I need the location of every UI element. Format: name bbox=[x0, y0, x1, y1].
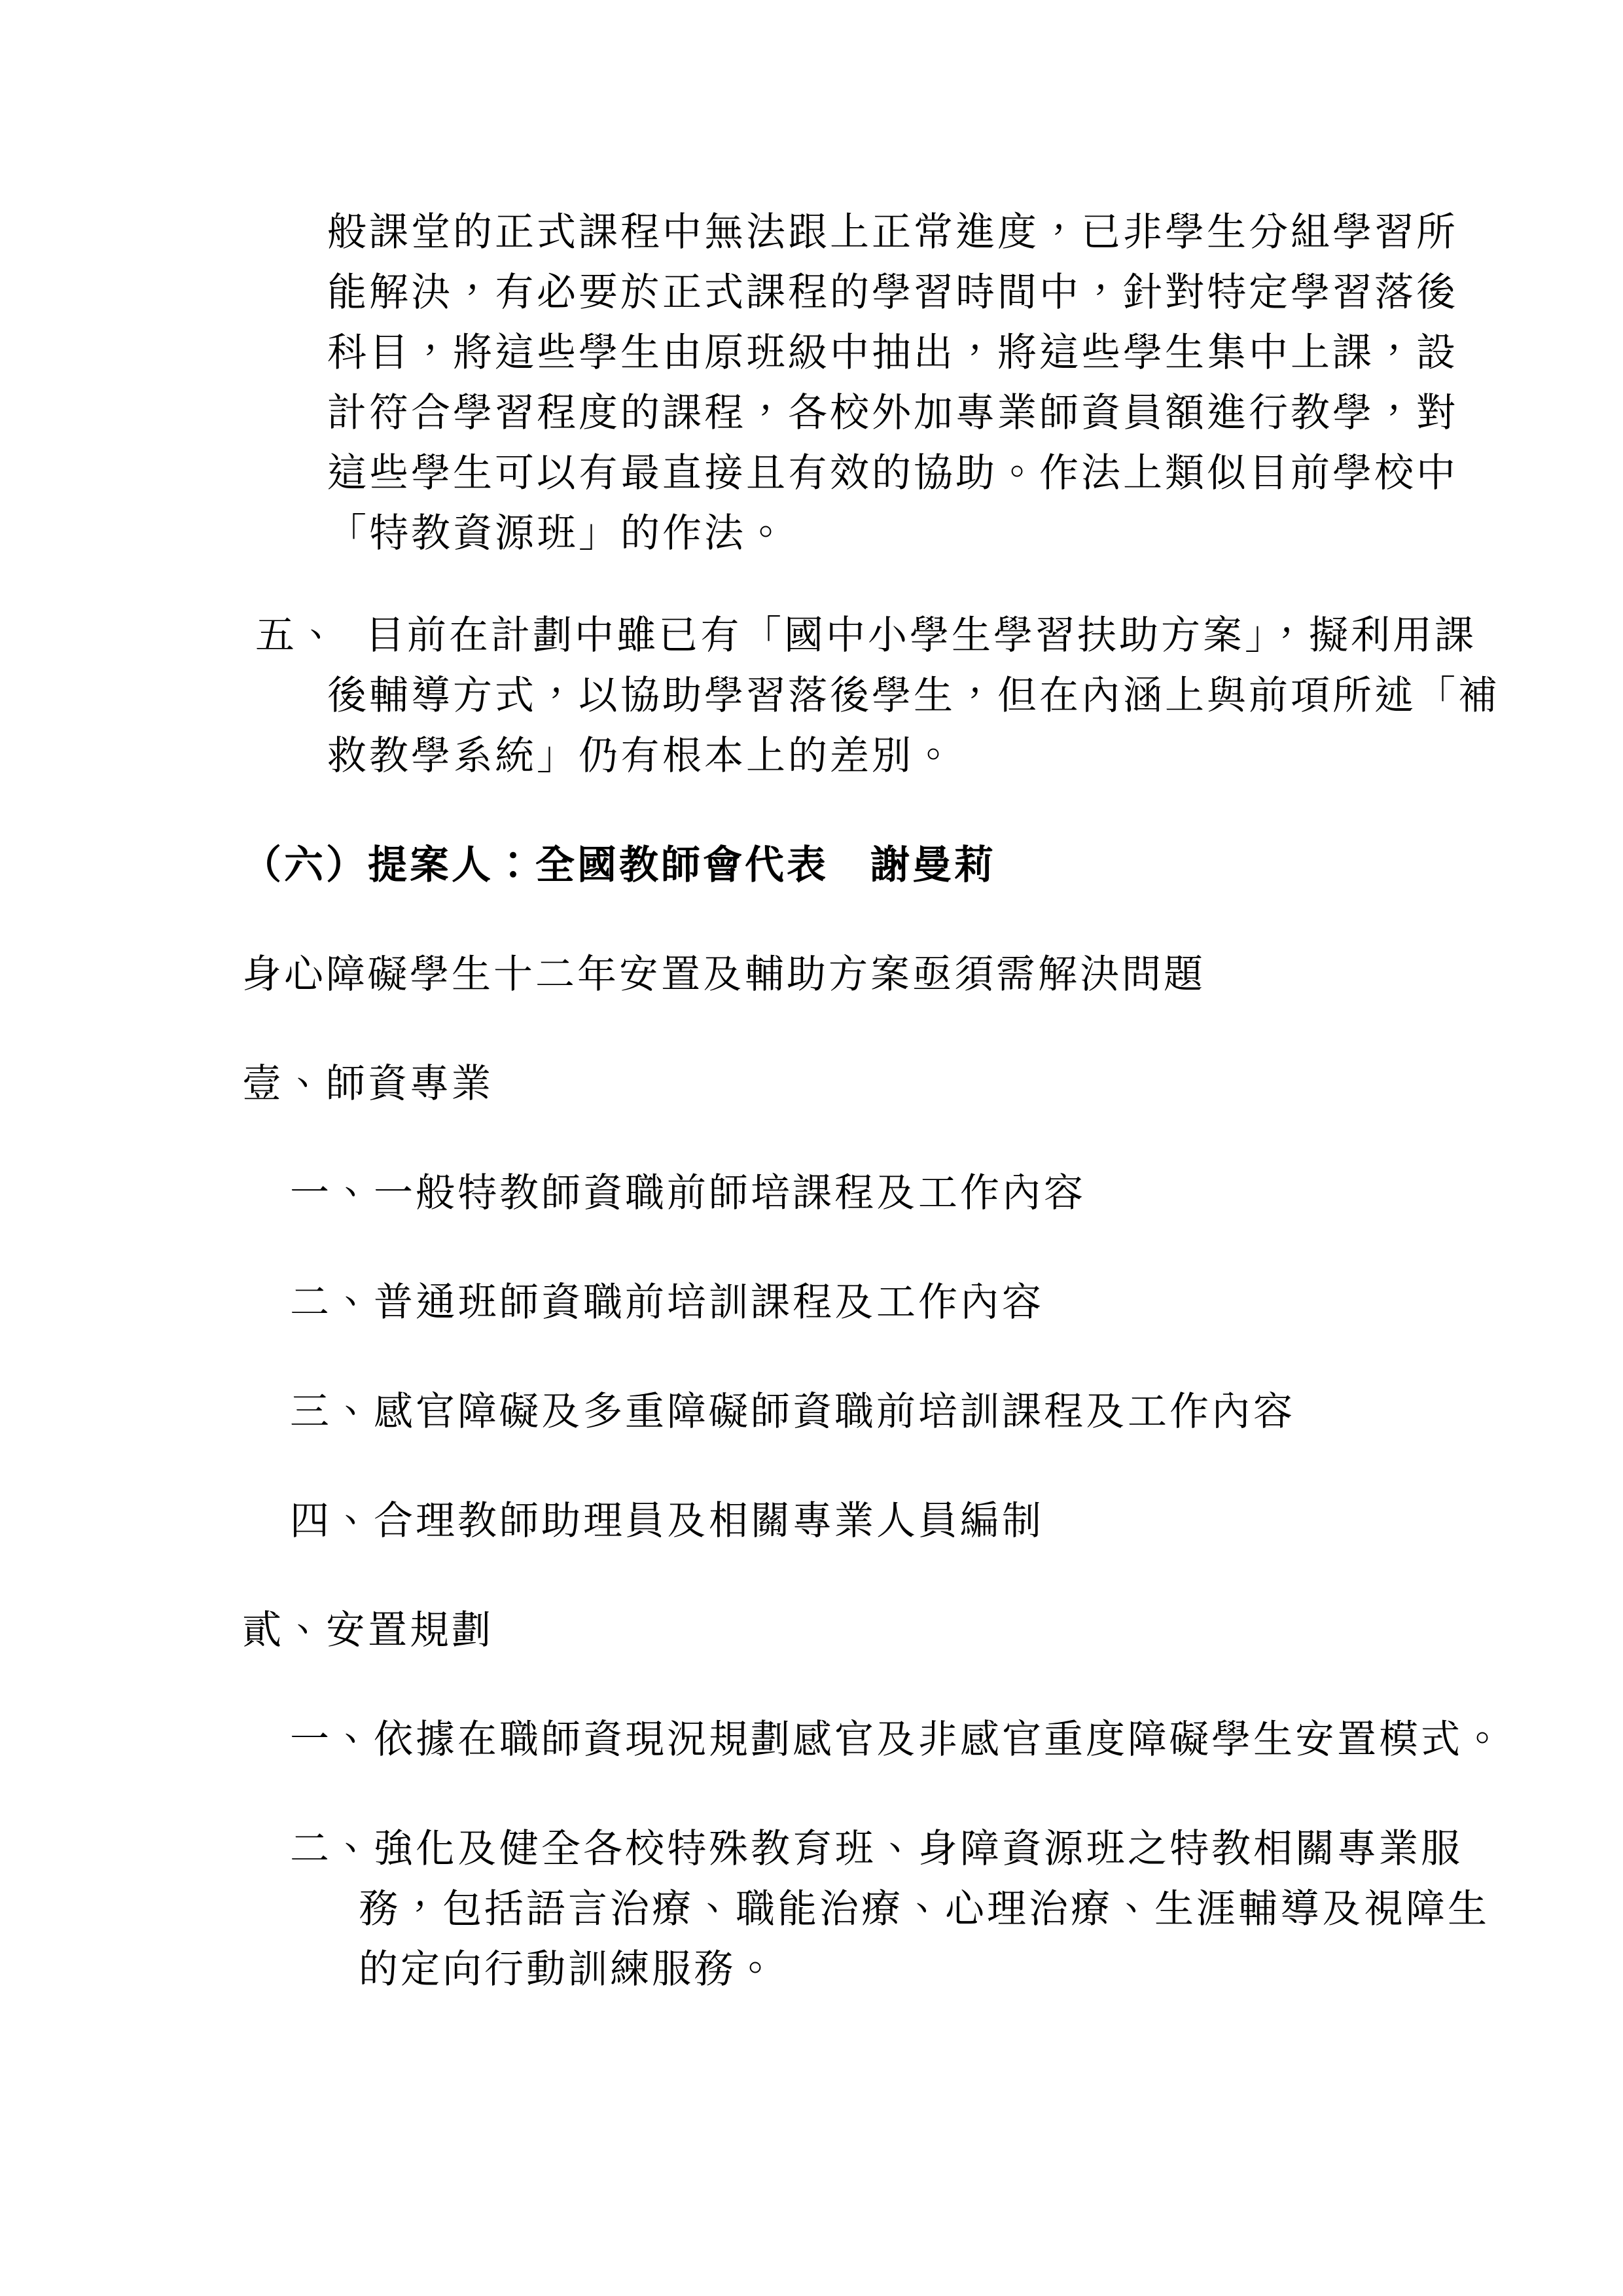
section-one-heading: 壹、師資專業 bbox=[242, 1054, 1623, 1114]
paragraph-line: 計符合學習程度的課程，各校外加專業師資員額進行教學，對 bbox=[327, 383, 1623, 443]
paragraph-line: 這些學生可以有最直接且有效的協助。作法上類似目前學校中 bbox=[327, 443, 1623, 503]
paragraph-line: 科目，將這些學生由原班級中抽出，將這些學生集中上課，設 bbox=[327, 323, 1623, 383]
section-one-item-1: 一、一般特教師資職前師培課程及工作內容 bbox=[290, 1163, 1623, 1223]
item-five-text: 目前在計劃中雖已有「國中小學生學習扶助方案」，擬利用課 bbox=[365, 613, 1476, 658]
section-two-item-2: 二、強化及健全各校特殊教育班、身障資源班之特教相關專業服 務，包括語言治療、職能… bbox=[0, 1819, 1623, 2000]
page-content: 般課堂的正式課程中無法跟上正常進度，已非學生分組學習所 能解決，有必要於正式課程… bbox=[0, 202, 1623, 2049]
subject-line: 身心障礙學生十二年安置及輔助方案亟須需解決問題 bbox=[242, 944, 1623, 1005]
section-two-heading: 貳、安置規劃 bbox=[242, 1600, 1623, 1660]
section-one-item-3: 三、感官障礙及多重障礙師資職前培訓課程及工作內容 bbox=[290, 1382, 1623, 1442]
document-page: 般課堂的正式課程中無法跟上正常進度，已非學生分組學習所 能解決，有必要於正式課程… bbox=[0, 0, 1623, 2296]
section-one-item-4: 四、合理教師助理員及相關專業人員編制 bbox=[290, 1491, 1623, 1551]
section-two-item-2-first-line: 二、強化及健全各校特殊教育班、身障資源班之特教相關專業服 bbox=[290, 1819, 1623, 1879]
item-five-marker: 五、 bbox=[255, 605, 365, 666]
paragraph-line: 「特教資源班」的作法。 bbox=[327, 503, 1623, 564]
section-two-item-1: 一、依據在職師資現況規劃感官及非感官重度障礙學生安置模式。 bbox=[290, 1710, 1623, 1770]
paragraph-line: 般課堂的正式課程中無法跟上正常進度，已非學生分組學習所 bbox=[327, 202, 1623, 262]
proposal-heading: （六）提案人：全國教師會代表 謝曼莉 bbox=[242, 835, 1623, 895]
item-five-first-line: 五、目前在計劃中雖已有「國中小學生學習扶助方案」，擬利用課 bbox=[255, 605, 1623, 666]
carryover-paragraph: 般課堂的正式課程中無法跟上正常進度，已非學生分組學習所 能解決，有必要於正式課程… bbox=[0, 202, 1623, 564]
section-two-item-2-continuation-line: 務，包括語言治療、職能治療、心理治療、生涯輔導及視障生 bbox=[359, 1879, 1623, 1939]
item-five-continuation-line: 救教學系統」仍有根本上的差別。 bbox=[327, 726, 1623, 786]
item-five-continuation-line: 後輔導方式，以協助學習落後學生，但在內涵上與前項所述「補 bbox=[327, 666, 1623, 726]
item-five: 五、目前在計劃中雖已有「國中小學生學習扶助方案」，擬利用課 後輔導方式，以協助學… bbox=[0, 605, 1623, 786]
section-two-item-2-continuation-line: 的定向行動訓練服務。 bbox=[359, 1939, 1623, 2000]
section-one-item-2: 二、普通班師資職前培訓課程及工作內容 bbox=[290, 1272, 1623, 1333]
paragraph-line: 能解決，有必要於正式課程的學習時間中，針對特定學習落後 bbox=[327, 262, 1623, 323]
